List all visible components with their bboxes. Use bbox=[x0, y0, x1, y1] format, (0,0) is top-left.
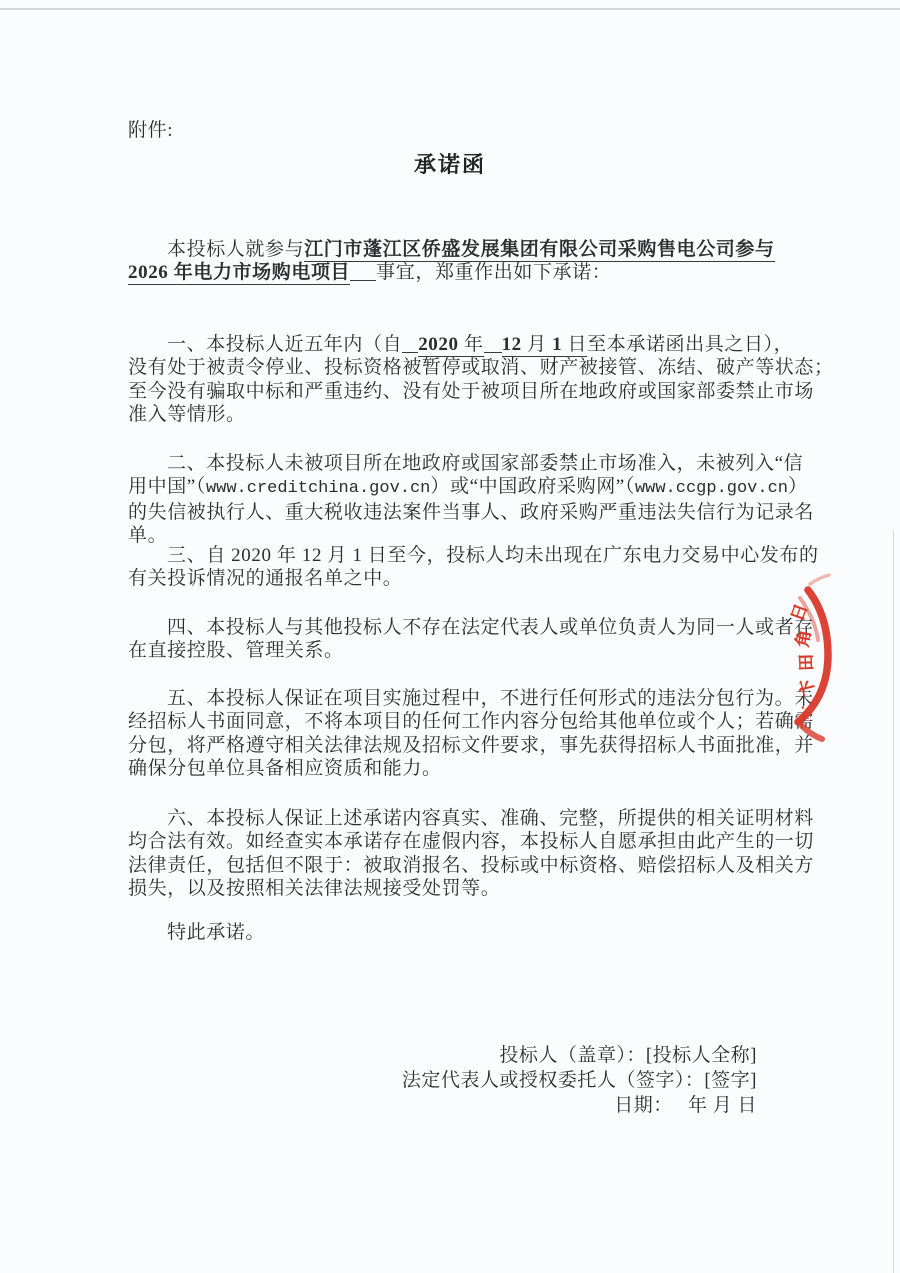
paragraph-clause-4: 四、本投标人与其他投标人不存在法定代表人或单位负责人为同一人或者存在直接控股、管… bbox=[128, 616, 820, 663]
text-line: 一、本投标人近五年内（自2020 年12 月 1 日至本承诺函出具之日）， bbox=[128, 333, 820, 356]
text-segment: 在直接控股、管理关系。 bbox=[128, 640, 344, 661]
signature-date-line: 日期： 年 月 日 bbox=[402, 1093, 757, 1118]
fill-in-blank bbox=[350, 261, 376, 281]
text-line: 的失信被执行人、重大税收违法案件当事人、政府采购严重违法失信行为记录名 bbox=[128, 501, 820, 524]
text-line: 法律责任，包括但不限于：被取消报名、投标或中标资格、赔偿招标人及相关方 bbox=[128, 854, 820, 877]
fill-in-text: 2020 bbox=[418, 334, 458, 357]
text-segment: 五、本投标人保证在项目实施过程中，不进行任何形式的违法分包行为。未 bbox=[167, 688, 814, 709]
paragraph-clause-1: 一、本投标人近五年内（自2020 年12 月 1 日至本承诺函出具之日），没有处… bbox=[128, 333, 820, 427]
text-line: 有关投诉情况的通报名单之中。 bbox=[128, 567, 820, 590]
text-segment: 经招标人书面同意，不将本项目的任何工作内容分包给其他单位或个人；若确需 bbox=[128, 711, 814, 732]
seal-ring-arc bbox=[750, 540, 900, 770]
text-line: 特此承诺。 bbox=[128, 921, 820, 944]
text-line: 准入等情形。 bbox=[128, 403, 820, 426]
text-segment: 确保分包单位具备相应资质和能力。 bbox=[128, 758, 442, 779]
text-segment: 有关投诉情况的通报名单之中。 bbox=[128, 568, 402, 589]
text-line: 2026 年电力市场购电项目事宜，郑重作出如下承诺： bbox=[128, 261, 820, 284]
fill-in-text: 日 bbox=[562, 334, 587, 357]
text-line: 六、本投标人保证上述承诺内容真实、准确、完整，所提供的相关证明材料 bbox=[128, 807, 820, 830]
attachment-label: 附件: bbox=[128, 115, 173, 142]
text-segment: www.ccgp.gov.cn bbox=[635, 479, 788, 498]
paragraph-intro: 本投标人就参与江门市蓬江区侨盛发展集团有限公司采购售电公司参与2026 年电力市… bbox=[128, 238, 820, 285]
text-segment: 没有处于被责令停业、投标资格被暂停或取消、财产被接管、冻结、破产等状态； bbox=[128, 357, 834, 378]
text-segment: 四、本投标人与其他投标人不存在法定代表人或单位负责人为同一人或者存 bbox=[167, 617, 814, 638]
text-segment: ） bbox=[788, 476, 808, 497]
text-line: 在直接控股、管理关系。 bbox=[128, 639, 820, 662]
text-segment: 二、本投标人未被项目所在地政府或国家部委禁止市场准入，未被列入“信 bbox=[167, 453, 803, 474]
text-line: 二、本投标人未被项目所在地政府或国家部委禁止市场准入，未被列入“信 bbox=[128, 452, 820, 475]
signature-block: 投标人（盖章）：[投标人全称] 法定代表人或授权委托人（签字）：[签字] 日期：… bbox=[402, 1043, 757, 1118]
fill-in-text: 年 bbox=[459, 334, 484, 357]
fill-in-text: 2026 年电力市场购电项目 bbox=[128, 262, 350, 285]
scanned-document-page: 附件: 承诺函 本投标人就参与江门市蓬江区侨盛发展集团有限公司采购售电公司参与2… bbox=[0, 0, 900, 1273]
text-segment: 用中国”（ bbox=[128, 476, 206, 497]
text-segment: 本投标人就参与 bbox=[167, 239, 304, 260]
text-segment: 均合法有效。如经查实本承诺存在虚假内容，本投标人自愿承担由此产生的一切 bbox=[128, 831, 814, 852]
company-seal-stamp: 日 角 田 卞 · bbox=[750, 540, 900, 770]
text-line: 没有处于被责令停业、投标资格被暂停或取消、财产被接管、冻结、破产等状态； bbox=[128, 356, 820, 379]
text-segment: www.creditchina.gov.cn bbox=[206, 479, 430, 498]
paragraph-clause-5: 五、本投标人保证在项目实施过程中，不进行任何形式的违法分包行为。未经招标人书面同… bbox=[128, 687, 820, 781]
scan-edge-top-line bbox=[0, 8, 900, 10]
text-line: 均合法有效。如经查实本承诺存在虚假内容，本投标人自愿承担由此产生的一切 bbox=[128, 830, 820, 853]
signature-bidder-seal-line: 投标人（盖章）：[投标人全称] bbox=[402, 1043, 757, 1068]
text-line: 经招标人书面同意，不将本项目的任何工作内容分包给其他单位或个人；若确需 bbox=[128, 710, 820, 733]
text-segment: 事宜，郑重作出如下承诺： bbox=[376, 262, 611, 283]
fill-in-text: 1 bbox=[552, 334, 562, 357]
text-line: 至今没有骗取中标和严重违约、没有处于被项目所在地政府或国家部委禁止市场 bbox=[128, 380, 820, 403]
fill-in-text: 12 bbox=[502, 334, 522, 357]
text-segment: 三、自 2020 年 12 月 1 日至今，投标人均未出现在广东电力交易中心发布… bbox=[167, 545, 819, 566]
paragraph-closing: 特此承诺。 bbox=[128, 921, 820, 944]
text-line: 四、本投标人与其他投标人不存在法定代表人或单位负责人为同一人或者存 bbox=[128, 616, 820, 639]
text-line: 三、自 2020 年 12 月 1 日至今，投标人均未出现在广东电力交易中心发布… bbox=[128, 544, 820, 567]
fill-in-blank bbox=[484, 333, 502, 353]
text-segment: 六、本投标人保证上述承诺内容真实、准确、完整，所提供的相关证明材料 bbox=[167, 808, 814, 829]
text-segment: 法律责任，包括但不限于：被取消报名、投标或中标资格、赔偿招标人及相关方 bbox=[128, 855, 814, 876]
paragraph-clause-6: 六、本投标人保证上述承诺内容真实、准确、完整，所提供的相关证明材料均合法有效。如… bbox=[128, 807, 820, 901]
text-line: 五、本投标人保证在项目实施过程中，不进行任何形式的违法分包行为。未 bbox=[128, 687, 820, 710]
seal-character: 角 bbox=[794, 629, 814, 649]
text-line: 本投标人就参与江门市蓬江区侨盛发展集团有限公司采购售电公司参与 bbox=[128, 238, 820, 261]
text-segment: 至本承诺函出具之日）， bbox=[587, 334, 793, 355]
text-segment: 特此承诺。 bbox=[167, 922, 265, 943]
fill-in-text: 江门市蓬江区侨盛发展集团有限公司采购售电公司参与 bbox=[304, 239, 774, 262]
paragraph-clause-3: 三、自 2020 年 12 月 1 日至今，投标人均未出现在广东电力交易中心发布… bbox=[128, 544, 820, 591]
text-segment: 准入等情形。 bbox=[128, 404, 246, 425]
text-segment: 分包，将严格遵守相关法律法规及招标文件要求，事先获得招标人书面批准，并 bbox=[128, 735, 814, 756]
fill-in-blank bbox=[402, 333, 418, 353]
seal-character: 田 bbox=[798, 654, 816, 672]
text-line: 用中国”（www.creditchina.gov.cn）或“中国政府采购网”（w… bbox=[128, 475, 820, 500]
fill-in-text: 月 bbox=[522, 334, 552, 357]
text-segment: 一、本投标人近五年内（自 bbox=[167, 334, 402, 355]
paragraph-clause-2: 二、本投标人未被项目所在地政府或国家部委禁止市场准入，未被列入“信用中国”（ww… bbox=[128, 452, 820, 548]
text-line: 确保分包单位具备相应资质和能力。 bbox=[128, 757, 820, 780]
text-line: 损失，以及按照相关法律法规接受处罚等。 bbox=[128, 877, 820, 900]
text-segment: ）或“中国政府采购网”（ bbox=[430, 476, 635, 497]
document-title: 承诺函 bbox=[0, 148, 900, 179]
signature-representative-line: 法定代表人或授权委托人（签字）：[签字] bbox=[402, 1068, 757, 1093]
text-line: 分包，将严格遵守相关法律法规及招标文件要求，事先获得招标人书面批准，并 bbox=[128, 734, 820, 757]
text-segment: 损失，以及按照相关法律法规接受处罚等。 bbox=[128, 878, 500, 899]
text-segment: 的失信被执行人、重大税收违法案件当事人、政府采购严重违法失信行为记录名 bbox=[128, 502, 814, 523]
text-segment: 至今没有骗取中标和严重违约、没有处于被项目所在地政府或国家部委禁止市场 bbox=[128, 381, 814, 402]
